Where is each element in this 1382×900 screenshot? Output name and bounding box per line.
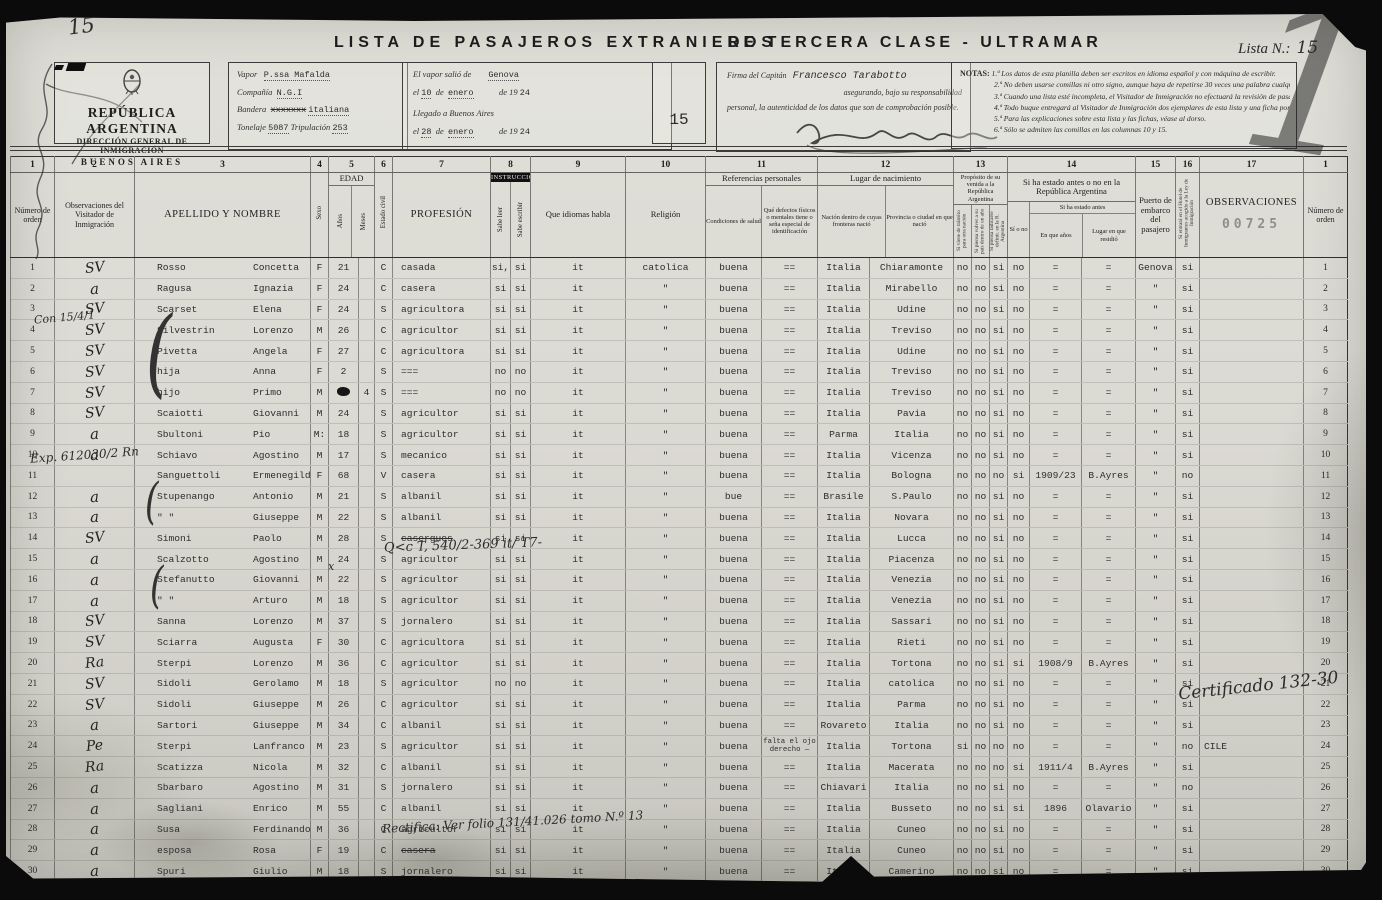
religion-cell: " <box>626 673 706 694</box>
port-cell: " <box>1136 653 1176 674</box>
salio-month: enero <box>448 88 474 99</box>
sex-cell: F <box>311 278 329 299</box>
age-years-cell: 2 <box>329 361 359 382</box>
passenger-table: 123 456 789 101112 1314 151617 1 Número … <box>10 156 1348 882</box>
port-cell: " <box>1136 445 1176 466</box>
purpose-3-cell: si <box>990 861 1008 882</box>
order-number: 14 <box>11 528 55 549</box>
port-cell: " <box>1136 715 1176 736</box>
been-before-cell: no <box>1008 715 1030 736</box>
sex-cell: M <box>311 382 329 403</box>
writes-cell: si <box>511 403 531 424</box>
age-years-cell: 24 <box>329 278 359 299</box>
writes-cell: no <box>511 382 531 403</box>
defects-cell: == <box>762 258 818 279</box>
health-cell: buena <box>706 278 762 299</box>
visitor-mark-cell: a <box>55 861 135 882</box>
llegado-month: enero <box>448 127 474 138</box>
llegado-label: Llegado a Buenos Aires <box>413 108 494 118</box>
visitor-mark-cell: a <box>55 486 135 507</box>
religion-cell: " <box>626 361 706 382</box>
purpose-1-cell: no <box>954 403 972 424</box>
col-lugar-nacimiento: Lugar de nacimiento Nación dentro de cuy… <box>818 173 953 257</box>
sex-cell: F <box>311 840 329 861</box>
table-row: 8 SV ScaiottiGiovanni M 24 S agricultor … <box>11 403 1348 424</box>
order-number: 6 <box>11 361 55 382</box>
observations-cell <box>1200 465 1304 486</box>
age-months-cell <box>359 798 375 819</box>
order-number-right: 13 <box>1304 507 1348 528</box>
civil-status-cell: S <box>375 424 393 445</box>
purpose-2-cell: no <box>972 736 990 757</box>
been-before-cell: no <box>1008 736 1030 757</box>
purpose-3-cell: si <box>990 694 1008 715</box>
name-cell: esposaRosa <box>135 840 311 861</box>
port-cell: " <box>1136 632 1176 653</box>
hotel-cell: si <box>1176 861 1200 882</box>
place-resided-cell: = <box>1082 736 1136 757</box>
age-years-cell: 21 <box>329 486 359 507</box>
nation-cell: Italia <box>818 445 870 466</box>
el-label2: el <box>413 126 419 136</box>
province-cell: Rieti <box>870 632 954 653</box>
order-number-right: 26 <box>1304 777 1348 798</box>
been-before-cell: si <box>1008 653 1030 674</box>
age-years-cell: 19 <box>329 840 359 861</box>
age-years-cell: 28 <box>329 528 359 549</box>
civil-status-cell: C <box>375 840 393 861</box>
health-cell: buena <box>706 777 762 798</box>
visitor-mark-cell: SV <box>55 361 135 382</box>
province-cell: Chiaramonte <box>870 258 954 279</box>
nation-cell: Italia <box>818 403 870 424</box>
years-before-cell: = <box>1030 361 1082 382</box>
health-cell: buena <box>706 632 762 653</box>
defects-cell: == <box>762 403 818 424</box>
sex-cell: M <box>311 653 329 674</box>
languages-cell: it <box>531 403 626 424</box>
reads-cell: si <box>491 424 511 445</box>
defects-cell: == <box>762 549 818 570</box>
purpose-1-cell: no <box>954 569 972 590</box>
languages-cell: it <box>531 611 626 632</box>
port-cell: " <box>1136 819 1176 840</box>
table-row: 22 SV SidoliGiuseppe M 26 C agricultor s… <box>11 694 1348 715</box>
nation-cell: Italia <box>818 382 870 403</box>
purpose-2-cell: no <box>972 445 990 466</box>
bandera-value: italiana <box>308 105 349 116</box>
purpose-1-cell: no <box>954 278 972 299</box>
visitor-mark-cell: SV <box>55 632 135 653</box>
age-months-cell <box>359 673 375 694</box>
list-number-cell: 15 <box>652 62 706 144</box>
visitor-mark-cell: SV <box>55 694 135 715</box>
province-cell: catolica <box>870 673 954 694</box>
observations-cell <box>1200 382 1304 403</box>
civil-status-cell: S <box>375 777 393 798</box>
years-before-cell: = <box>1030 258 1082 279</box>
purpose-2-cell: no <box>972 258 990 279</box>
order-number-right: 8 <box>1304 403 1348 424</box>
purpose-3-cell: si <box>990 611 1008 632</box>
place-resided-cell: = <box>1082 673 1136 694</box>
reads-cell: si <box>491 465 511 486</box>
health-cell: buena <box>706 798 762 819</box>
tripulacion-label: Tripulación <box>291 122 331 132</box>
place-resided-cell: = <box>1082 819 1136 840</box>
civil-status-cell: C <box>375 694 393 715</box>
purpose-3-cell: si <box>990 507 1008 528</box>
sex-cell: M <box>311 486 329 507</box>
languages-cell: it <box>531 465 626 486</box>
writes-cell: si <box>511 549 531 570</box>
observations-cell <box>1200 819 1304 840</box>
visitor-mark-cell: a <box>55 569 135 590</box>
age-months-cell <box>359 694 375 715</box>
nation-cell: Italia <box>818 507 870 528</box>
been-before-cell: no <box>1008 819 1030 840</box>
province-cell: Busseto <box>870 798 954 819</box>
port-cell: " <box>1136 840 1176 861</box>
nota-1: 1.ª Los datos de esta planilla deben ser… <box>992 69 1276 78</box>
port-cell: " <box>1136 361 1176 382</box>
reads-cell: si <box>491 861 511 882</box>
table-row: 3 SV ScarsetElena F 24 S agricultora si … <box>11 299 1348 320</box>
age-months-cell <box>359 590 375 611</box>
languages-cell: it <box>531 445 626 466</box>
reads-cell: si <box>491 569 511 590</box>
order-number: 22 <box>11 694 55 715</box>
divider-line <box>10 150 1347 151</box>
health-cell: buena <box>706 861 762 882</box>
defects-cell: == <box>762 861 818 882</box>
bandera-label: Bandera <box>237 104 266 114</box>
reads-cell: si <box>491 611 511 632</box>
place-resided-cell: = <box>1082 694 1136 715</box>
table-row: 11 SanguettoliErmenegilda F 68 V casera … <box>11 465 1348 486</box>
reads-cell: si <box>491 590 511 611</box>
province-cell: Cuneo <box>870 819 954 840</box>
profession-cell: casada <box>393 258 491 279</box>
port-cell: " <box>1136 590 1176 611</box>
hotel-cell: si <box>1176 486 1200 507</box>
handwritten-page-number: 15 <box>67 12 96 39</box>
observations-cell <box>1200 569 1304 590</box>
profession-cell: casera <box>393 465 491 486</box>
de19-label2: de 19 <box>499 126 518 136</box>
hotel-cell: si <box>1176 445 1200 466</box>
languages-cell: it <box>531 299 626 320</box>
ink-blot <box>337 387 350 396</box>
been-before-cell: no <box>1008 320 1030 341</box>
profession-cell: albanil <box>393 507 491 528</box>
visitor-mark-cell: a <box>55 590 135 611</box>
civil-status-cell: S <box>375 403 393 424</box>
sex-cell: F <box>311 632 329 653</box>
nation-cell: Italia <box>818 611 870 632</box>
nation-cell: Italia <box>818 528 870 549</box>
order-number-right: 3 <box>1304 299 1348 320</box>
age-years-cell: 26 <box>329 694 359 715</box>
hotel-cell: si <box>1176 549 1200 570</box>
table-row: 1 SV RossoConcetta F 21 C casada si, si … <box>11 258 1348 279</box>
civil-status-cell: C <box>375 258 393 279</box>
purpose-3-cell: si <box>990 299 1008 320</box>
writes-cell: si <box>511 445 531 466</box>
profession-cell: agricultora <box>393 632 491 653</box>
order-number-right: 24 <box>1304 736 1348 757</box>
profession-cell: albanil <box>393 757 491 778</box>
writes-cell: si <box>511 777 531 798</box>
port-cell: " <box>1136 861 1176 882</box>
religion-cell: " <box>626 653 706 674</box>
province-cell: Venezia <box>870 590 954 611</box>
been-before-cell: no <box>1008 507 1030 528</box>
age-years-cell: 30 <box>329 632 359 653</box>
nation-cell: Italia <box>818 757 870 778</box>
purpose-2-cell: no <box>972 528 990 549</box>
col-profesion: PROFESIÓN <box>393 210 490 220</box>
nation-cell: Italia <box>818 278 870 299</box>
years-before-cell: = <box>1030 632 1082 653</box>
been-before-cell: no <box>1008 424 1030 445</box>
health-cell: bue <box>706 486 762 507</box>
nation-cell: Italia <box>818 653 870 674</box>
civil-status-cell: S <box>375 569 393 590</box>
sex-cell: M <box>311 861 329 882</box>
defects-cell: == <box>762 361 818 382</box>
age-months-cell <box>359 611 375 632</box>
purpose-3-cell: si <box>990 382 1008 403</box>
purpose-3-cell: si <box>990 569 1008 590</box>
order-number: 24 <box>11 736 55 757</box>
nation-cell: Italia <box>818 258 870 279</box>
purpose-1-cell: no <box>954 694 972 715</box>
observations-cell <box>1200 840 1304 861</box>
name-cell: SaglianiEnrico <box>135 798 311 819</box>
sex-cell: M <box>311 611 329 632</box>
province-cell: Novara <box>870 507 954 528</box>
writes-cell: si <box>511 653 531 674</box>
family-brace-rows-4-7: ( <box>146 304 172 400</box>
defects-cell: == <box>762 694 818 715</box>
purpose-3-cell: si <box>990 341 1008 362</box>
table-row: 2 a RagusaIgnazia F 24 C casera si si it… <box>11 278 1348 299</box>
observations-cell <box>1200 507 1304 528</box>
nation-cell: Italia <box>818 840 870 861</box>
observations-cell <box>1200 549 1304 570</box>
handwritten-x-mark: x <box>328 560 334 573</box>
province-cell: Treviso <box>870 361 954 382</box>
been-before-cell: no <box>1008 611 1030 632</box>
nation-cell: Italia <box>818 694 870 715</box>
nation-cell: Parma <box>818 424 870 445</box>
port-cell: " <box>1136 486 1176 507</box>
purpose-2-cell: no <box>972 320 990 341</box>
health-cell: buena <box>706 840 762 861</box>
visitor-mark-cell: a <box>55 549 135 570</box>
visitor-mark-cell: Ra <box>55 653 135 674</box>
observations-cell <box>1200 341 1304 362</box>
table-row: 30 a SpuriGiulio M 18 S jornalero si si … <box>11 861 1348 882</box>
health-cell: buena <box>706 445 762 466</box>
been-before-cell: no <box>1008 549 1030 570</box>
port-cell: Genova <box>1136 258 1176 279</box>
observations-cell <box>1200 798 1304 819</box>
defects-cell: == <box>762 278 818 299</box>
languages-cell: it <box>531 341 626 362</box>
visitor-mark-cell: a <box>55 819 135 840</box>
nation-cell: Italia <box>818 465 870 486</box>
order-number-right: 9 <box>1304 424 1348 445</box>
table-row: 24 Pe SterpiLanfranco M 23 S agricultor … <box>11 736 1348 757</box>
visitor-mark-cell: a <box>55 798 135 819</box>
purpose-1-cell: no <box>954 777 972 798</box>
col-referencias: Referencias personales Condiciones de sa… <box>706 173 817 257</box>
purpose-3-cell: si <box>990 278 1008 299</box>
captain-box: Firma del Capitán Francesco Tarabotto as… <box>716 62 971 152</box>
province-cell: Italia <box>870 715 954 736</box>
observations-cell <box>1200 715 1304 736</box>
nation-cell: Italia <box>818 361 870 382</box>
place-resided-cell: = <box>1082 278 1136 299</box>
purpose-1-cell: no <box>954 757 972 778</box>
profession-cell: agricultor <box>393 320 491 341</box>
col-numero-orden-2: Número de orden <box>1304 206 1347 225</box>
years-before-cell: = <box>1030 320 1082 341</box>
salio-port: Genova <box>488 70 519 81</box>
profession-cell: agricultor <box>393 590 491 611</box>
port-cell: " <box>1136 424 1176 445</box>
defects-cell: == <box>762 611 818 632</box>
purpose-1-cell: no <box>954 486 972 507</box>
order-number: 29 <box>11 840 55 861</box>
col-observaciones-visitador: Observaciones del Visitador de Inmigraci… <box>55 201 134 230</box>
reads-cell: no <box>491 361 511 382</box>
name-cell: SidoliGiuseppe <box>135 694 311 715</box>
purpose-3-cell: si <box>990 798 1008 819</box>
purpose-1-cell: no <box>954 798 972 819</box>
profession-cell: agricultor <box>393 424 491 445</box>
health-cell: buena <box>706 673 762 694</box>
religion-cell: " <box>626 299 706 320</box>
age-months-cell <box>359 341 375 362</box>
place-resided-cell: = <box>1082 361 1136 382</box>
de19-label: de 19 <box>499 87 518 97</box>
civil-status-cell: C <box>375 715 393 736</box>
observations-cell <box>1200 320 1304 341</box>
religion-cell: " <box>626 445 706 466</box>
reads-cell: si <box>491 507 511 528</box>
place-resided-cell: = <box>1082 403 1136 424</box>
years-before-cell: = <box>1030 819 1082 840</box>
col-instruccion: INSTRUCCIÓN Sabe leerSabe escribir <box>491 173 530 257</box>
visitor-mark-cell: SV <box>55 528 135 549</box>
writes-cell: si <box>511 424 531 445</box>
order-number-right: 10 <box>1304 445 1348 466</box>
purpose-2-cell: no <box>972 694 990 715</box>
salio-year: 24 <box>520 88 530 98</box>
years-before-cell: = <box>1030 715 1082 736</box>
order-number-right: 6 <box>1304 361 1348 382</box>
health-cell: buena <box>706 361 762 382</box>
purpose-1-cell: no <box>954 861 972 882</box>
port-cell: " <box>1136 736 1176 757</box>
age-months-cell <box>359 486 375 507</box>
visitor-mark-cell: a <box>55 424 135 445</box>
llegado-year: 24 <box>520 127 530 137</box>
purpose-3-cell: si <box>990 486 1008 507</box>
observations-cell: CILE <box>1200 736 1304 757</box>
table-row: 26 a SbarbaroAgostino M 31 S jornalero s… <box>11 777 1348 798</box>
profession-cell: jornalero <box>393 611 491 632</box>
civil-status-cell: C <box>375 798 393 819</box>
been-before-cell: no <box>1008 361 1030 382</box>
order-number-right: 28 <box>1304 819 1348 840</box>
writes-cell: si <box>511 299 531 320</box>
name-cell: SchiavoAgostino <box>135 445 311 466</box>
years-before-cell: = <box>1030 424 1082 445</box>
languages-cell: it <box>531 549 626 570</box>
been-before-cell: no <box>1008 445 1030 466</box>
age-years-cell: 36 <box>329 819 359 840</box>
religion-cell: " <box>626 528 706 549</box>
age-months-cell <box>359 819 375 840</box>
purpose-2-cell: no <box>972 486 990 507</box>
purpose-2-cell: no <box>972 632 990 653</box>
hotel-cell: no <box>1176 465 1200 486</box>
province-cell: Venezia <box>870 569 954 590</box>
order-number: 19 <box>11 632 55 653</box>
been-before-cell: no <box>1008 694 1030 715</box>
observations-cell <box>1200 278 1304 299</box>
been-before-cell: no <box>1008 486 1030 507</box>
health-cell: buena <box>706 694 762 715</box>
hotel-cell: si <box>1176 361 1200 382</box>
been-before-cell: si <box>1008 757 1030 778</box>
purpose-3-cell: no <box>990 757 1008 778</box>
defects-cell: == <box>762 341 818 362</box>
order-number-right: 2 <box>1304 278 1348 299</box>
health-cell: buena <box>706 757 762 778</box>
civil-status-cell: C <box>375 341 393 362</box>
sex-cell: M <box>311 528 329 549</box>
province-cell: Udine <box>870 341 954 362</box>
purpose-2-cell: no <box>972 819 990 840</box>
health-cell: buena <box>706 569 762 590</box>
province-cell: Vicenza <box>870 445 954 466</box>
visitor-mark-cell: SV <box>55 403 135 424</box>
place-resided-cell: B.Ayres <box>1082 653 1136 674</box>
tonelaje-value: 5087 <box>268 123 288 134</box>
reads-cell: si <box>491 341 511 362</box>
purpose-3-cell: no <box>990 736 1008 757</box>
visitor-mark-cell: a <box>55 278 135 299</box>
divider-line <box>10 146 1347 147</box>
writes-cell: si <box>511 611 531 632</box>
sex-cell: M <box>311 569 329 590</box>
defects-cell: == <box>762 465 818 486</box>
reads-cell: si, <box>491 258 511 279</box>
coat-of-arms-icon <box>122 69 142 95</box>
years-before-cell: = <box>1030 299 1082 320</box>
sex-cell: M <box>311 798 329 819</box>
hotel-cell: si <box>1176 278 1200 299</box>
order-number-right: 11 <box>1304 465 1348 486</box>
order-number-right: 18 <box>1304 611 1348 632</box>
civil-status-cell: S <box>375 611 393 632</box>
province-cell: Cuneo <box>870 840 954 861</box>
